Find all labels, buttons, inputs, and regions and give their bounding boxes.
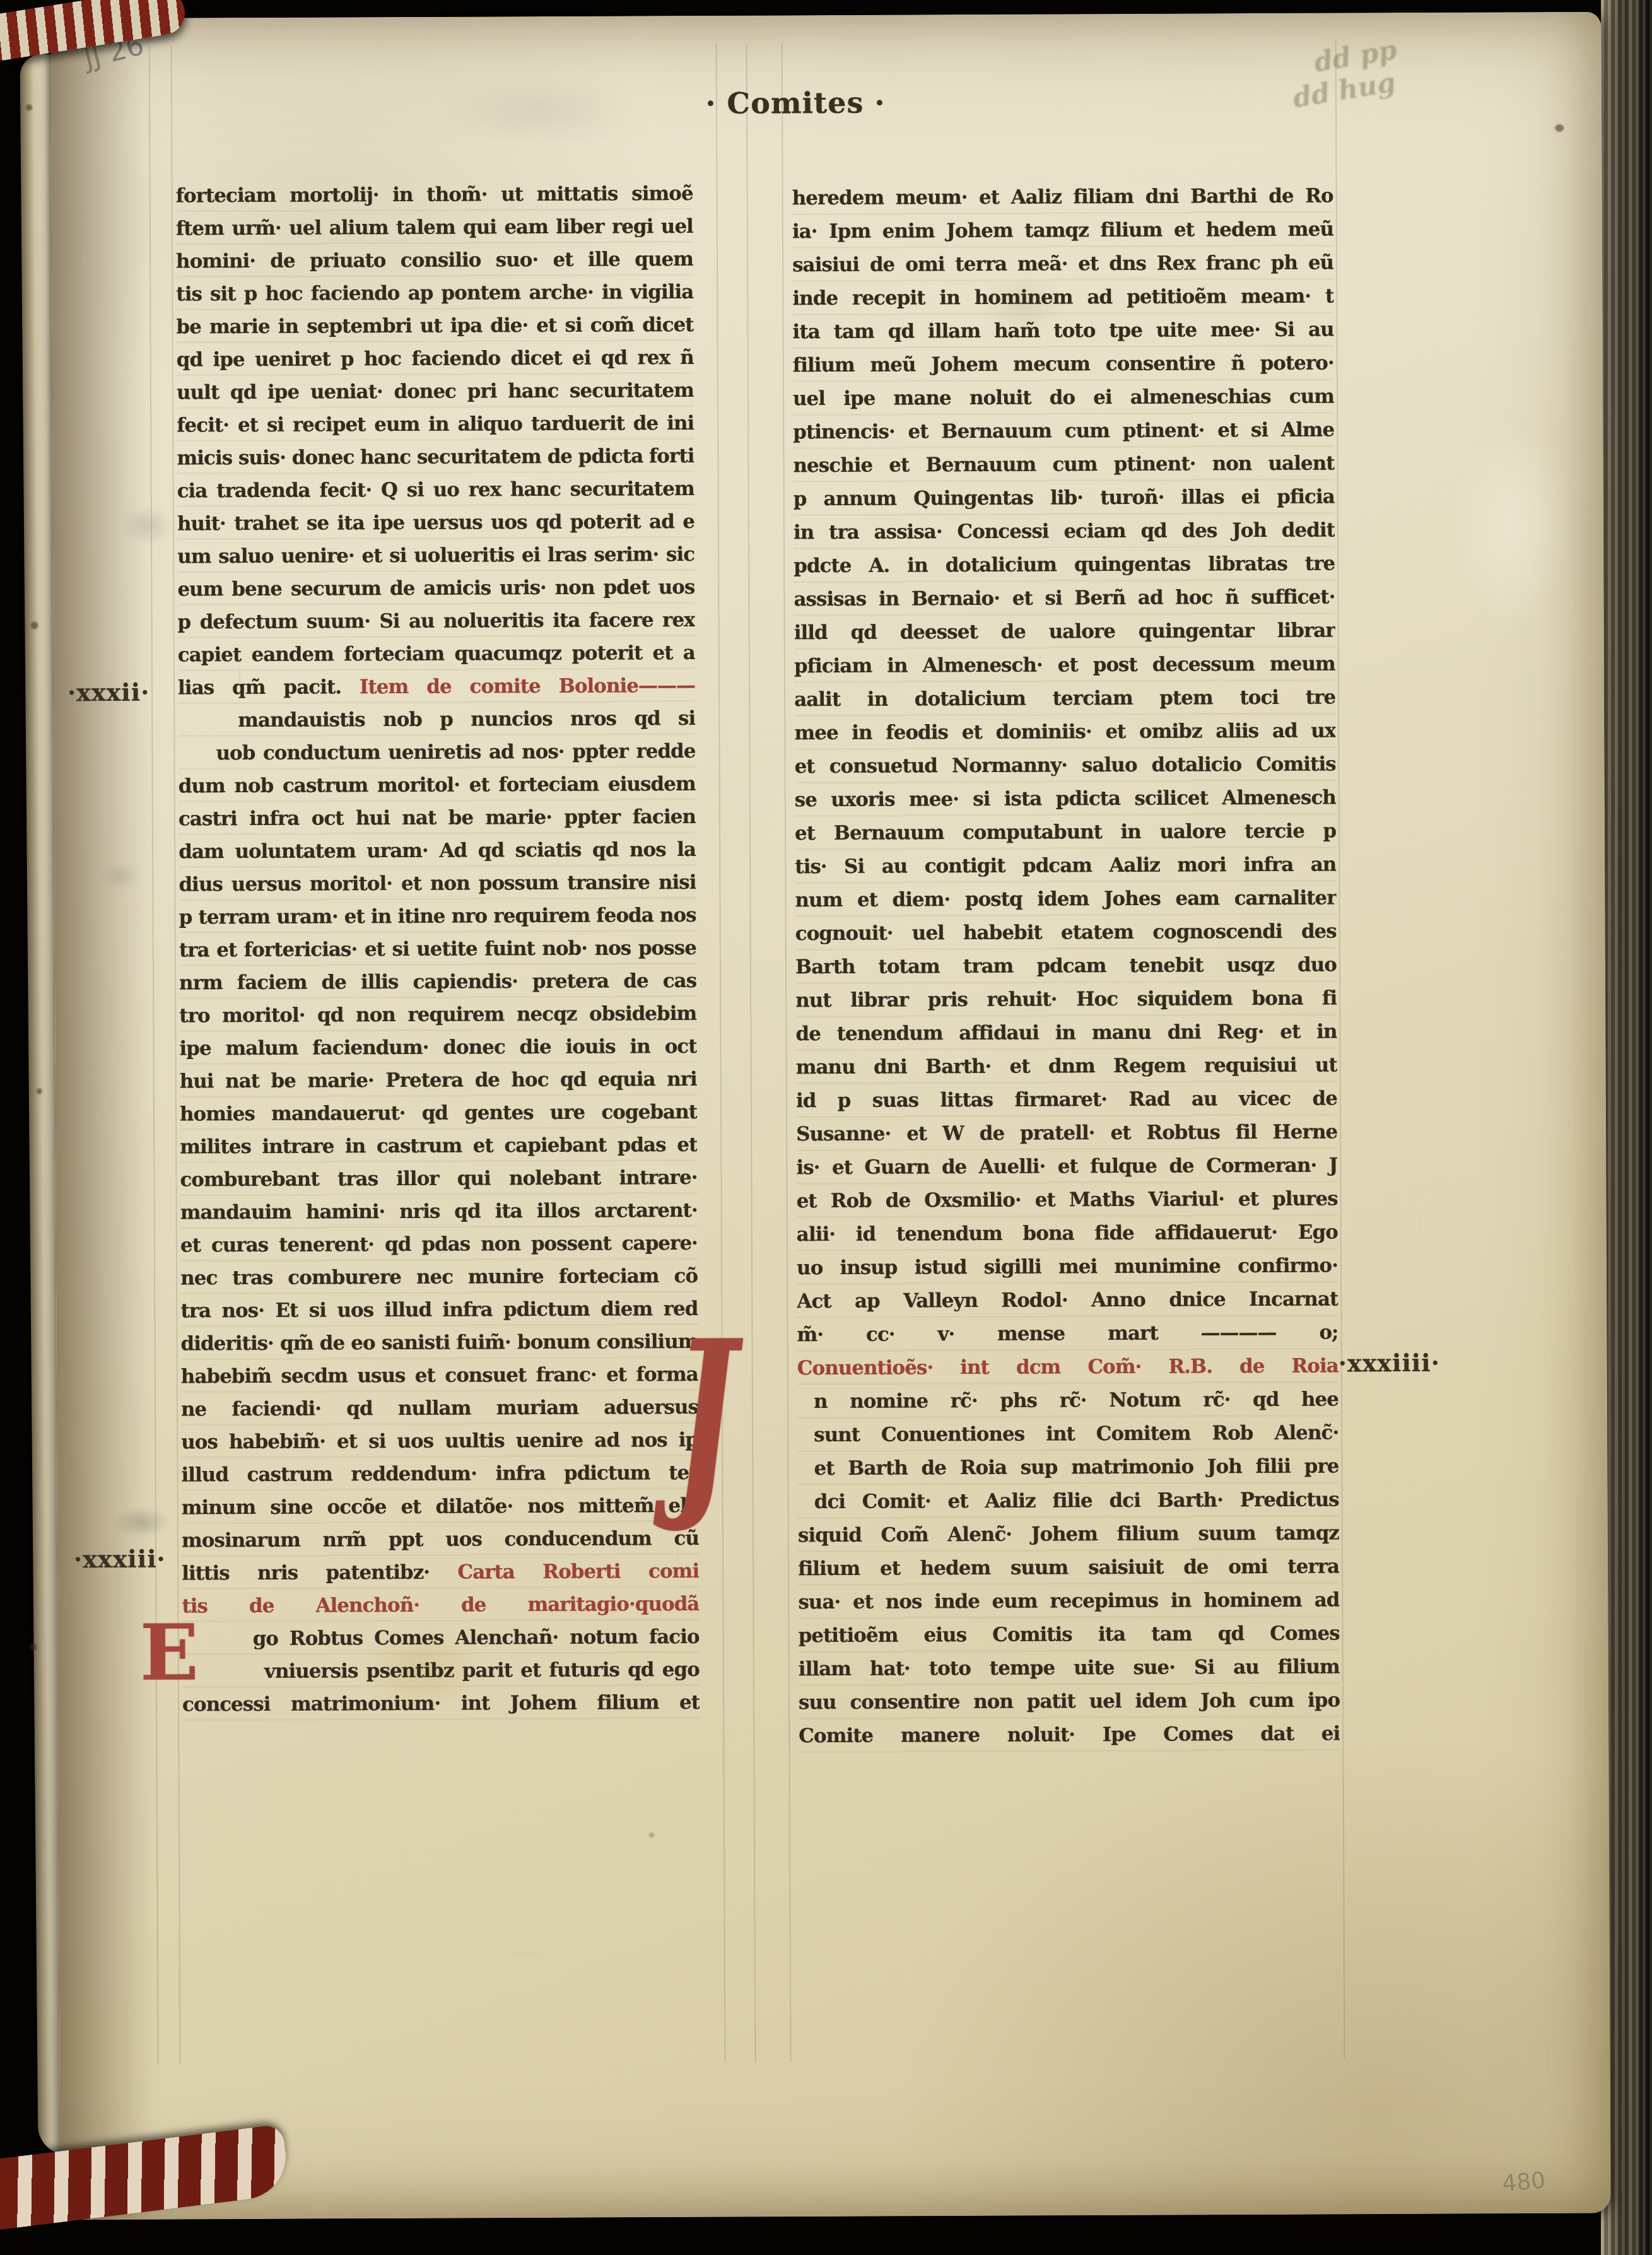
manuscript-line: siquid Com̃ Alenc̃· Johem filium suum ta… (798, 1516, 1339, 1552)
decorated-initial-e: E (139, 1605, 199, 1699)
manuscript-line: mosinarum nrm̃ ppt uos conducendum cũ (182, 1522, 699, 1557)
manuscript-line: et curas tenerent· qd pdas non possent c… (180, 1227, 698, 1262)
manuscript-line: ptinencis· et Bernauum cum ptinent· et s… (793, 414, 1334, 450)
body-text: heredem meum· et Aaliz filiam dni Barthi… (792, 185, 1333, 210)
manuscript-line: ipe malum faciendum· donec die iouis in … (179, 1030, 696, 1065)
body-text: um saluo uenire· et si uolueritis ei lra… (177, 543, 694, 568)
manuscript-line: illam hat· toto tempe uite sue· Si au fi… (799, 1650, 1340, 1686)
body-text: dci Comit· et Aaliz filie dci Barth· Pre… (814, 1488, 1339, 1513)
body-text: tis· Si au contigit pdcam Aaliz mori inf… (795, 853, 1336, 879)
body-text: p terram uram· et in itine nro requirem … (179, 904, 696, 929)
manuscript-line: be marie in septembri ut ipa die· et si … (176, 308, 693, 344)
body-text: eum bene securum de amicis uris· non pde… (177, 576, 694, 601)
faded-ink-inscription: dd hug (1291, 67, 1398, 114)
manuscript-line: in tra assisa· Concessi eciam qd des Joh… (794, 514, 1335, 550)
manuscript-line: homies mandauerut· qd gentes ure cogeban… (180, 1096, 697, 1131)
body-text: tra et fortericias· et si uetite fuint n… (179, 937, 696, 962)
manuscript-line: heredem meum· et Aaliz filiam dni Barthi… (792, 180, 1333, 216)
body-text: dum nob castrum moritol· et forteciam ei… (179, 773, 696, 798)
body-text: illud castrum reddendum· infra pdictum t… (181, 1461, 698, 1487)
manuscript-line: filium et hedem suum saisiuit de omi ter… (798, 1550, 1339, 1586)
manuscript-line: milites intrare in castrum et capiebant … (180, 1128, 697, 1164)
body-text: go Robtus Comes Alenchañ· notum facio (253, 1625, 700, 1650)
manuscript-line: mee in feodis et dominiis· et omibz alii… (794, 715, 1335, 751)
speck (1555, 124, 1564, 132)
body-text: hui nat be marie· Pretera de hoc qd equi… (180, 1068, 697, 1093)
manuscript-line: et Bernauum computabunt in ualore tercie… (795, 815, 1336, 851)
manuscript-line: cia tradenda fecit· Q si uo rex hanc sec… (177, 472, 694, 508)
manuscript-line: mandauistis nob p nuncios nros qd si dar… (178, 702, 695, 737)
manuscript-line: mandauim hamini· nris qd ita illos arcta… (180, 1194, 698, 1229)
body-text: is· et Guarn de Auelli· et fulque de Cor… (796, 1154, 1337, 1179)
body-text: alii· id tenendum bona fide affidauerut·… (797, 1221, 1338, 1246)
manuscript-line: tra et fortericias· et si uetite fuint n… (179, 932, 696, 967)
rubric-text: tis de Alenchoñ· de maritagio·quodã (182, 1593, 699, 1618)
body-text: num et diem· postq idem Johes eam carnal… (795, 886, 1336, 911)
manuscript-line: p defectum suum· Si au nolueritis ita fa… (177, 604, 694, 639)
speck (37, 1088, 42, 1094)
rubric-text: Item de comite Bolonie——— (360, 674, 695, 698)
body-text: et curas tenerent· qd pdas non possent c… (180, 1232, 698, 1257)
manuscript-line: dideritis· qm̃ de eo sanisti fuim̃· bonu… (180, 1325, 698, 1361)
manuscript-line: nut librar pris rehuit· Hoc siquidem bon… (795, 981, 1337, 1017)
pencil-smudge (110, 497, 185, 554)
body-text: habebim̃ secdm usus et consuet franc· et… (181, 1363, 698, 1388)
manuscript-line: uos habebim̃· et si uos uultis uenire ad… (181, 1424, 698, 1459)
manuscript-line: suu consentire non patit uel idem Joh cu… (799, 1684, 1340, 1719)
body-text: ptinencis· et Bernauum cum ptinent· et s… (793, 419, 1334, 444)
body-text: aalit in dotalicium terciam ptem toci tr… (794, 686, 1335, 712)
body-text: uel ipe mane noluit do ei almeneschias c… (793, 385, 1334, 411)
manuscript-line: micis suis· donec hanc securitatem de pd… (177, 440, 694, 475)
body-text: minum sine occõe et dilatõe· nos mittem̃… (182, 1494, 699, 1520)
manuscript-line: tra nos· Et si uos illud infra pdictum d… (180, 1292, 698, 1328)
body-text: dius uersus moritol· et non possum trans… (179, 871, 696, 896)
body-text: comburebant tras illor qui nolebant intr… (180, 1166, 697, 1192)
rubric-text: Carta Roberti comi (457, 1560, 699, 1584)
manuscript-line: de tenendum affidaui in manu dni Reg· et… (795, 1015, 1337, 1051)
manuscript-line: uel ipe mane noluit do ei almeneschias c… (793, 380, 1334, 416)
manuscript-line: hui nat be marie· Pretera de hoc qd equi… (180, 1063, 697, 1098)
manuscript-line: se uxoris mee· si ista pdicta scilicet A… (795, 782, 1336, 817)
manuscript-line: sunt Conuentiones int Comitem Rob Alenc̃… (797, 1416, 1339, 1452)
manuscript-line: pdcte A. in dotalicium quingentas librat… (794, 548, 1335, 583)
body-text: nut librar pris rehuit· Hoc siquidem bon… (795, 987, 1337, 1012)
manuscript-line: lias qm̃ pacit. Item de comite Bolonie——… (178, 669, 695, 705)
manuscript-line: littis nris patentibz· Carta Roberti com… (182, 1555, 699, 1590)
parchment-stain (1437, 390, 1590, 669)
body-text: dideritis· qm̃ de eo sanisti fuim̃· bonu… (180, 1330, 698, 1356)
body-text: neschie et Bernauum cum ptinent· non ual… (793, 452, 1334, 477)
manuscript-line: homini· de priuato consilio suo· et ille… (176, 243, 693, 278)
manuscript-line: ne faciendi· qd nullam muriam aduersus (181, 1391, 698, 1426)
body-text: illam hat· toto tempe uite sue· Si au fi… (799, 1655, 1340, 1680)
body-text: Barth totam tram pdcam tenebit usqz duo (795, 953, 1337, 978)
manuscript-line: et Rob de Oxsmilio· et Maths Viariul· et… (796, 1182, 1337, 1218)
manuscript-page: JJ 26 dd pp dd hug · Comites · ·xxxii· ·… (50, 12, 1610, 2220)
manuscript-line: petitioẽm eius Comitis ita tam qd Comes (798, 1617, 1339, 1653)
manuscript-line: p annum Quingentas lib· turoñ· illas ei … (794, 481, 1335, 517)
manuscript-line: inde recepit in hominem ad petitioẽm mea… (792, 280, 1333, 316)
manuscript-line: Comite manere noluit· Ipe Comes dat ei (799, 1717, 1340, 1753)
body-text: mee in feodis et dominiis· et omibz alii… (794, 720, 1335, 745)
manuscript-line: sua· et nos inde eum recepimus in homine… (798, 1583, 1339, 1619)
manuscript-line: et consuetud Normanny· saluo dotalicio C… (794, 748, 1335, 784)
manuscript-line: huit· trahet se ita ipe uersus uos qd po… (177, 505, 694, 541)
manuscript-line: Conuentioẽs· int dcm Com̃· R.B. de Roia (797, 1349, 1339, 1385)
body-text: ftem urm̃· uel alium talem qui eam liber… (176, 215, 693, 240)
body-text: m̃· cc· v· mense mart ———— o; (797, 1321, 1338, 1346)
body-text: ia· Ipm enim Johem tamqz filium et hedem… (792, 218, 1333, 243)
body-text: p annum Quingentas lib· turoñ· illas ei … (794, 486, 1335, 511)
manuscript-line: Barth totam tram pdcam tenebit usqz duo (795, 948, 1337, 984)
body-text: homini· de priuato consilio suo· et ille… (176, 248, 693, 278)
manuscript-line: p terram uram· et in itine nro requirem … (179, 899, 696, 934)
manuscript-line: tis sit p hoc faciendo ap pontem arche· … (176, 276, 693, 311)
body-text: huit· trahet se ita ipe uersus uos qd po… (177, 510, 694, 536)
manuscript-line: nec tras comburere nec munire forteciam … (180, 1260, 698, 1295)
body-text: inde recepit in hominem ad petitioẽm mea… (792, 285, 1333, 310)
body-text: uult qd ipe ueniat· donec pri hanc secur… (177, 379, 694, 404)
body-text: se uxoris mee· si ista pdicta scilicet A… (795, 787, 1336, 812)
manuscript-line: filium meũ Johem mecum consentire ñ pote… (793, 347, 1334, 383)
body-text: concessi matrimonium· int Johem filium e… (182, 1691, 700, 1716)
body-text: milites intrare in castrum et capiebant … (180, 1133, 697, 1159)
body-text: uos habebim̃· et si uos uultis uenire ad… (181, 1429, 698, 1454)
body-text: suu consentire non patit uel idem Joh cu… (799, 1689, 1340, 1714)
manuscript-line: forteciam mortolij· in thom̃· ut mittati… (176, 177, 693, 213)
body-text: castri infra oct hui nat be marie· ppter… (179, 805, 696, 831)
pencil-smudge (102, 1500, 184, 1545)
body-text: mandauistis nob p nuncios nros qd si dar… (178, 707, 695, 737)
body-text: n nomine rc̃· phs rc̃· Notum rc̃· qd hee (814, 1388, 1339, 1413)
body-text: tro moritol· qd non requirem necqz obsid… (179, 1002, 696, 1028)
manuscript-line: fecit· et si recipet eum in aliquo tardu… (177, 407, 694, 442)
manuscript-line: n nomine rc̃· phs rc̃· Notum rc̃· qd hee (797, 1383, 1339, 1419)
manuscript-line: num et diem· postq idem Johes eam carnal… (795, 881, 1336, 917)
manuscript-line: aalit in dotalicium terciam ptem toci tr… (794, 681, 1335, 717)
manuscript-line: dum nob castrum moritol· et forteciam ei… (179, 768, 696, 803)
body-text: pficiam in Almenesch· et post decessum m… (794, 653, 1335, 678)
manuscript-line: dius uersus moritol· et non possum trans… (179, 866, 696, 901)
body-text: id p suas littas firmaret· Rad au vicec … (796, 1087, 1337, 1112)
speck (31, 621, 38, 629)
body-text: be marie in septembri ut ipa die· et si … (176, 313, 693, 339)
folio-number: 480 (1501, 2167, 1547, 2197)
body-text: vniuersis psentibz parit et futuris qd e… (264, 1658, 700, 1683)
manuscript-line: Act ap Valleyn Rodol· Anno dnice Incarna… (797, 1282, 1338, 1318)
body-text: Act ap Valleyn Rodol· Anno dnice Incarna… (797, 1287, 1338, 1313)
manuscript-line: et Barth de Roia sup matrimonio Joh fili… (797, 1450, 1339, 1485)
manuscript-line: dci Comit· et Aaliz filie dci Barth· Pre… (798, 1483, 1339, 1519)
body-text: assisas in Bernaio· et si Berñ ad hoc ñ … (794, 586, 1335, 611)
chapter-number-xxxiii: ·xxxiii· (74, 1545, 166, 1574)
ruling-line (746, 44, 756, 2062)
manuscript-line: illd qd deesset de ualore quingentar lib… (794, 614, 1335, 650)
manuscript-line: m̃· cc· v· mense mart ———— o; (797, 1316, 1338, 1352)
manuscript-line: castri infra oct hui nat be marie· ppter… (179, 800, 696, 836)
manuscript-line: Susanne· et W de pratell· et Robtus fil … (796, 1115, 1337, 1151)
manuscript-line: ita tam qd illam ham̃ toto tpe uite mee·… (792, 313, 1333, 349)
manuscript-line: id p suas littas firmaret· Rad au vicec … (796, 1082, 1337, 1118)
body-text: nec tras comburere nec munire forteciam … (180, 1265, 698, 1290)
manuscript-line: is· et Guarn de Auelli· et fulque de Cor… (796, 1149, 1337, 1185)
body-text: et Rob de Oxsmilio· et Maths Viariul· et… (797, 1187, 1338, 1212)
body-text: p defectum suum· Si au nolueritis ita fa… (177, 609, 694, 634)
chapter-number-xxxiiii: ·xxxiiii· (1339, 1349, 1440, 1378)
manuscript-line: uult qd ipe ueniat· donec pri hanc secur… (177, 374, 694, 409)
body-text: illd qd deesset de ualore quingentar lib… (794, 619, 1335, 645)
pencil-smudge (92, 857, 149, 895)
body-text: in tra assisa· Concessi eciam qd des Joh… (794, 519, 1335, 544)
ruling-line (782, 43, 792, 2061)
body-text: micis suis· donec hanc securitatem de pd… (177, 445, 694, 470)
manuscript-line: dam uoluntatem uram· Ad qd sciatis qd no… (179, 833, 696, 869)
decorated-initial-j: J (673, 1319, 737, 1514)
body-text: fecit· et si recipet eum in aliquo tardu… (177, 412, 694, 437)
manuscript-line: uo insup istud sigilli mei munimine conf… (797, 1249, 1338, 1285)
manuscript-line: minum sine occõe et dilatõe· nos mittem̃… (182, 1489, 699, 1525)
body-text: et consuetud Normanny· saluo dotalicio C… (795, 753, 1336, 778)
body-text: mosinarum nrm̃ ppt uos conducendum cũ (182, 1527, 699, 1552)
body-text: lias qm̃ pacit. (178, 676, 360, 699)
text-column-right: heredem meum· et Aaliz filiam dni Barthi… (792, 180, 1340, 1754)
manuscript-line: vniuersis psentibz parit et futuris qd e… (182, 1653, 700, 1689)
manuscript-line: eum bene securum de amicis uris· non pde… (177, 571, 694, 606)
manuscript-line: uob conductum ueniretis ad nos· ppter re… (178, 735, 695, 770)
body-text: et Bernauum computabunt in ualore tercie… (795, 820, 1336, 845)
body-text: et Barth de Roia sup matrimonio Joh fili… (814, 1455, 1339, 1480)
body-text: manu dni Barth· et dnm Regem requisiui u… (796, 1053, 1337, 1079)
manuscript-line: manu dni Barth· et dnm Regem requisiui u… (796, 1048, 1337, 1084)
running-title: · Comites · (619, 85, 972, 120)
text-column-left: forteciam mortolij· in thom̃· ut mittati… (176, 177, 700, 1721)
manuscript-line: tis de Alenchoñ· de maritagio·quodã (182, 1588, 699, 1623)
body-text: cognouit· uel habebit etatem cognoscendi… (795, 920, 1337, 945)
speck (30, 1643, 37, 1650)
body-text: sua· et nos inde eum recepimus in homine… (798, 1588, 1339, 1614)
manuscript-line: alii· id tenendum bona fide affidauerut·… (797, 1215, 1338, 1251)
manuscript-line: um saluo uenire· et si uolueritis ei lra… (177, 538, 694, 573)
manuscript-line: qd ipe ueniret p hoc faciendo dicet ei q… (177, 341, 694, 377)
body-text: tis sit p hoc faciendo ap pontem arche· … (176, 281, 693, 306)
speck (649, 1832, 654, 1837)
body-text: siquid Com̃ Alenc̃· Johem filium suum ta… (798, 1521, 1339, 1547)
body-text: filium meũ Johem mecum consentire ñ pote… (793, 352, 1334, 377)
body-text: petitioẽm eius Comitis ita tam qd Comes (799, 1622, 1340, 1647)
photograph-background: JJ 26 dd pp dd hug · Comites · ·xxxii· ·… (0, 0, 1652, 2255)
body-text: ipe malum faciendum· donec die iouis in … (179, 1035, 696, 1060)
body-text: de tenendum affidaui in manu dni Reg· et… (795, 1020, 1337, 1045)
body-text: qd ipe ueniret p hoc faciendo dicet ei q… (177, 346, 694, 372)
manuscript-line: nrm faciem de illis capiendis· pretera d… (179, 964, 696, 1000)
body-text: Comite manere noluit· Ipe Comes dat ei (799, 1722, 1340, 1747)
body-text: saisiui de omi terra meã· et dns Rex fra… (792, 252, 1333, 277)
body-text: nrm faciem de illis capiendis· pretera d… (179, 969, 696, 995)
rubric-text: Conuentioẽs· int dcm Com̃· R.B. de Roia (797, 1354, 1339, 1379)
manuscript-line: tis· Si au contigit pdcam Aaliz mori inf… (795, 848, 1336, 884)
body-text: mandauim hamini· nris qd ita illos arcta… (180, 1199, 698, 1224)
manuscript-line: saisiui de omi terra meã· et dns Rex fra… (792, 247, 1333, 283)
body-text: filium et hedem suum saisiuit de omi ter… (798, 1555, 1339, 1580)
manuscript-line: cognouit· uel habebit etatem cognoscendi… (795, 915, 1337, 951)
body-text: uob conductum ueniretis ad nos· ppter re… (216, 740, 695, 764)
manuscript-line: ia· Ipm enim Johem tamqz filium et hedem… (792, 213, 1333, 249)
manuscript-line: concessi matrimonium· int Johem filium e… (182, 1686, 700, 1721)
manuscript-line: comburebant tras illor qui nolebant intr… (180, 1161, 697, 1197)
body-text: sunt Conuentiones int Comitem Rob Alenc̃… (814, 1421, 1339, 1446)
body-text: capiet eandem forteciam quacumqz poterit… (178, 641, 695, 667)
body-text: ita tam qd illam ham̃ toto tpe uite mee·… (792, 319, 1333, 344)
body-text: ne faciendi· qd nullam muriam aduersus (181, 1396, 698, 1421)
manuscript-line: assisas in Bernaio· et si Berñ ad hoc ñ … (794, 581, 1335, 617)
manuscript-line: go Robtus Comes Alenchañ· notum facio (182, 1620, 699, 1656)
gutter-shadow (50, 18, 155, 2220)
body-text: cia tradenda fecit· Q si uo rex hanc sec… (177, 477, 694, 503)
body-text: littis nris patentibz· (182, 1561, 457, 1585)
body-text: pdcte A. in dotalicium quingentas librat… (794, 553, 1335, 578)
body-text: dam uoluntatem uram· Ad qd sciatis qd no… (179, 838, 696, 864)
body-text: tra nos· Et si uos illud infra pdictum d… (180, 1297, 698, 1323)
speck (26, 105, 32, 111)
manuscript-line: capiet eandem forteciam quacumqz poterit… (178, 636, 695, 672)
body-text: Susanne· et W de pratell· et Robtus fil … (796, 1120, 1337, 1145)
manuscript-line: ftem urm̃· uel alium talem qui eam liber… (176, 210, 693, 245)
manuscript-line: habebim̃ secdm usus et consuet franc· et… (181, 1358, 698, 1393)
manuscript-line: tro moritol· qd non requirem necqz obsid… (179, 997, 696, 1033)
manuscript-line: illud castrum reddendum· infra pdictum t… (181, 1456, 698, 1492)
body-text: uo insup istud sigilli mei munimine conf… (797, 1254, 1338, 1279)
body-text: forteciam mortolij· in thom̃· ut mittati… (176, 182, 693, 208)
manuscript-line: neschie et Bernauum cum ptinent· non ual… (793, 447, 1334, 483)
ruling-line (716, 44, 726, 2062)
manuscript-line: pficiam in Almenesch· et post decessum m… (794, 648, 1335, 684)
body-text: homies mandauerut· qd gentes ure cogeban… (180, 1101, 697, 1126)
chapter-number-xxxii: ·xxxii· (67, 678, 149, 707)
